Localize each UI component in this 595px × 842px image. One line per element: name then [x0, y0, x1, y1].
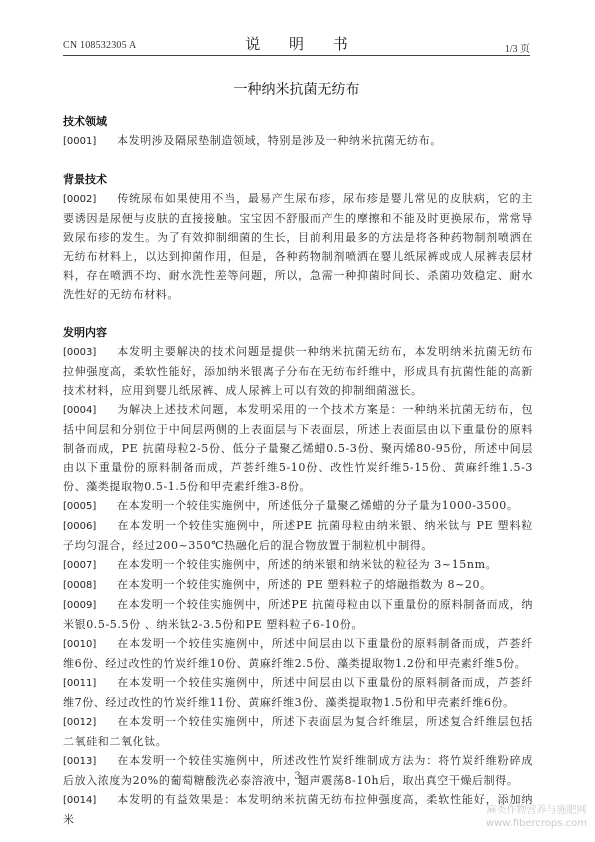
paragraph-text: 本发明主要解决的技术问题是提供一种纳米抗菌无纺布，本发明纳米抗菌无纺布拉伸强度高…: [63, 345, 533, 397]
paragraph-number: [0002]: [63, 190, 117, 209]
paragraph-0011: [0011]在本发明一个较佳实施例中，所述中间层由以下重量份的原料制备而成，芦荟…: [63, 673, 533, 712]
page-indicator: 1/3 页: [505, 40, 530, 55]
paragraph-text: 在本发明一个较佳实施例中，所述中间层由以下重量份的原料制备而成，芦荟纤维6份、经…: [63, 637, 533, 670]
paragraph-text: 在本发明一个较佳实施例中，所述PE 抗菌母粒由以下重量份的原料制备而成，纳米银0…: [63, 598, 533, 631]
paragraph-number: [0003]: [63, 343, 117, 362]
paragraph-text: 在本发明一个较佳实施例中，所述中间层由以下重量份的原料制备而成，芦荟纤维7份、经…: [63, 676, 533, 709]
paragraph-0012: [0012]在本发明一个较佳实施例中，所述下表面层为复合纤维层，所述复合纤维层包…: [63, 712, 533, 751]
paragraph-number: [0006]: [63, 517, 117, 536]
paragraph-0008: [0008]在本发明一个较佳实施例中，所述的 PE 塑料粒子的熔融指数为 8~2…: [63, 575, 533, 595]
paragraph-0003: [0003]本发明主要解决的技术问题是提供一种纳米抗菌无纺布，本发明纳米抗菌无纺…: [63, 342, 533, 400]
paragraph-0010: [0010]在本发明一个较佳实施例中，所述中间层由以下重量份的原料制备而成，芦荟…: [63, 634, 533, 673]
watermark-url: www.fibercrops.com: [486, 817, 587, 830]
paragraph-text: 在本发明一个较佳实施例中，所述的纳米银和纳米钛的粒径为 3~15nm。: [117, 558, 497, 571]
watermark: 麻类作物营养与施肥网 www.fibercrops.com: [486, 804, 587, 830]
paragraph-number: [0001]: [63, 132, 117, 151]
paragraph-number: [0005]: [63, 497, 117, 516]
document-page: CN 108532305 A 说 明 书 1/3 页 一种纳米抗菌无纺布 技术领…: [0, 0, 595, 842]
paragraph-0002: [0002]传统尿布如果使用不当，最易产生尿布疹，尿布疹是婴儿常见的皮肤病，它的…: [63, 189, 533, 304]
document-type: 说 明 书: [63, 33, 530, 54]
paragraph-0001: [0001]本发明涉及隔尿垫制造领域，特别是涉及一种纳米抗菌无纺布。: [63, 131, 533, 151]
paragraph-number: [0010]: [63, 635, 117, 654]
paragraph-0007: [0007]在本发明一个较佳实施例中，所述的纳米银和纳米钛的粒径为 3~15nm…: [63, 555, 533, 575]
watermark-site-name: 麻类作物营养与施肥网: [486, 804, 587, 817]
paragraph-number: [0009]: [63, 596, 117, 615]
section-spacer: [63, 151, 533, 170]
header-divider: [63, 55, 530, 56]
section-spacer: [63, 304, 533, 323]
paragraph-text: 在本发明一个较佳实施例中，所述的 PE 塑料粒子的熔融指数为 8~20。: [117, 578, 492, 591]
paragraph-text: 传统尿布如果使用不当，最易产生尿布疹，尿布疹是婴儿常见的皮肤病，它的主要诱因是尿…: [63, 192, 533, 301]
paragraph-text: 本发明的有益效果是：本发明纳米抗菌无纺布拉伸强度高，柔软性能好，添加纳米: [63, 793, 533, 826]
paragraph-0006: [0006]在本发明一个较佳实施例中，所述PE 抗菌母粒由纳米银、纳米钛与 PE…: [63, 516, 533, 555]
paragraph-0014: [0014]本发明的有益效果是：本发明纳米抗菌无纺布拉伸强度高，柔软性能好，添加…: [63, 790, 533, 829]
paragraph-number: [0008]: [63, 576, 117, 595]
paragraph-0004: [0004]为解决上述技术问题，本发明采用的一个技术方案是：一种纳米抗菌无纺布，…: [63, 400, 533, 496]
paragraph-0005: [0005]在本发明一个较佳实施例中，所述低分子量聚乙烯蜡的分子量为1000-3…: [63, 496, 533, 516]
paragraph-number: [0004]: [63, 401, 117, 420]
document-body: 技术领域 [0001]本发明涉及隔尿垫制造领域，特别是涉及一种纳米抗菌无纺布。 …: [63, 112, 533, 829]
paragraph-text: 在本发明一个较佳实施例中，所述下表面层为复合纤维层，所述复合纤维层包括二氧硅和二…: [63, 715, 533, 748]
section-heading-technical-field: 技术领域: [63, 112, 533, 131]
section-heading-background: 背景技术: [63, 170, 533, 189]
paragraph-text: 为解决上述技术问题，本发明采用的一个技术方案是：一种纳米抗菌无纺布，包括中间层和…: [63, 403, 533, 493]
document-title: 一种纳米抗菌无纺布: [63, 79, 530, 99]
paragraph-0009: [0009]在本发明一个较佳实施例中，所述PE 抗菌母粒由以下重量份的原料制备而…: [63, 595, 533, 634]
paragraph-number: [0007]: [63, 556, 117, 575]
paragraph-text: 在本发明一个较佳实施例中，所述PE 抗菌母粒由纳米银、纳米钛与 PE 塑料粒子均…: [63, 519, 533, 552]
paragraph-number: [0011]: [63, 674, 117, 693]
paragraph-number: [0014]: [63, 791, 117, 810]
page-header: CN 108532305 A 说 明 书 1/3 页: [63, 33, 530, 55]
paragraph-number: [0012]: [63, 713, 117, 732]
page-number: 3: [0, 771, 595, 782]
paragraph-text: 本发明涉及隔尿垫制造领域，特别是涉及一种纳米抗菌无纺布。: [117, 134, 442, 147]
paragraph-number: [0013]: [63, 752, 117, 771]
section-heading-summary: 发明内容: [63, 323, 533, 342]
paragraph-text: 在本发明一个较佳实施例中，所述低分子量聚乙烯蜡的分子量为1000-3500。: [117, 499, 519, 512]
